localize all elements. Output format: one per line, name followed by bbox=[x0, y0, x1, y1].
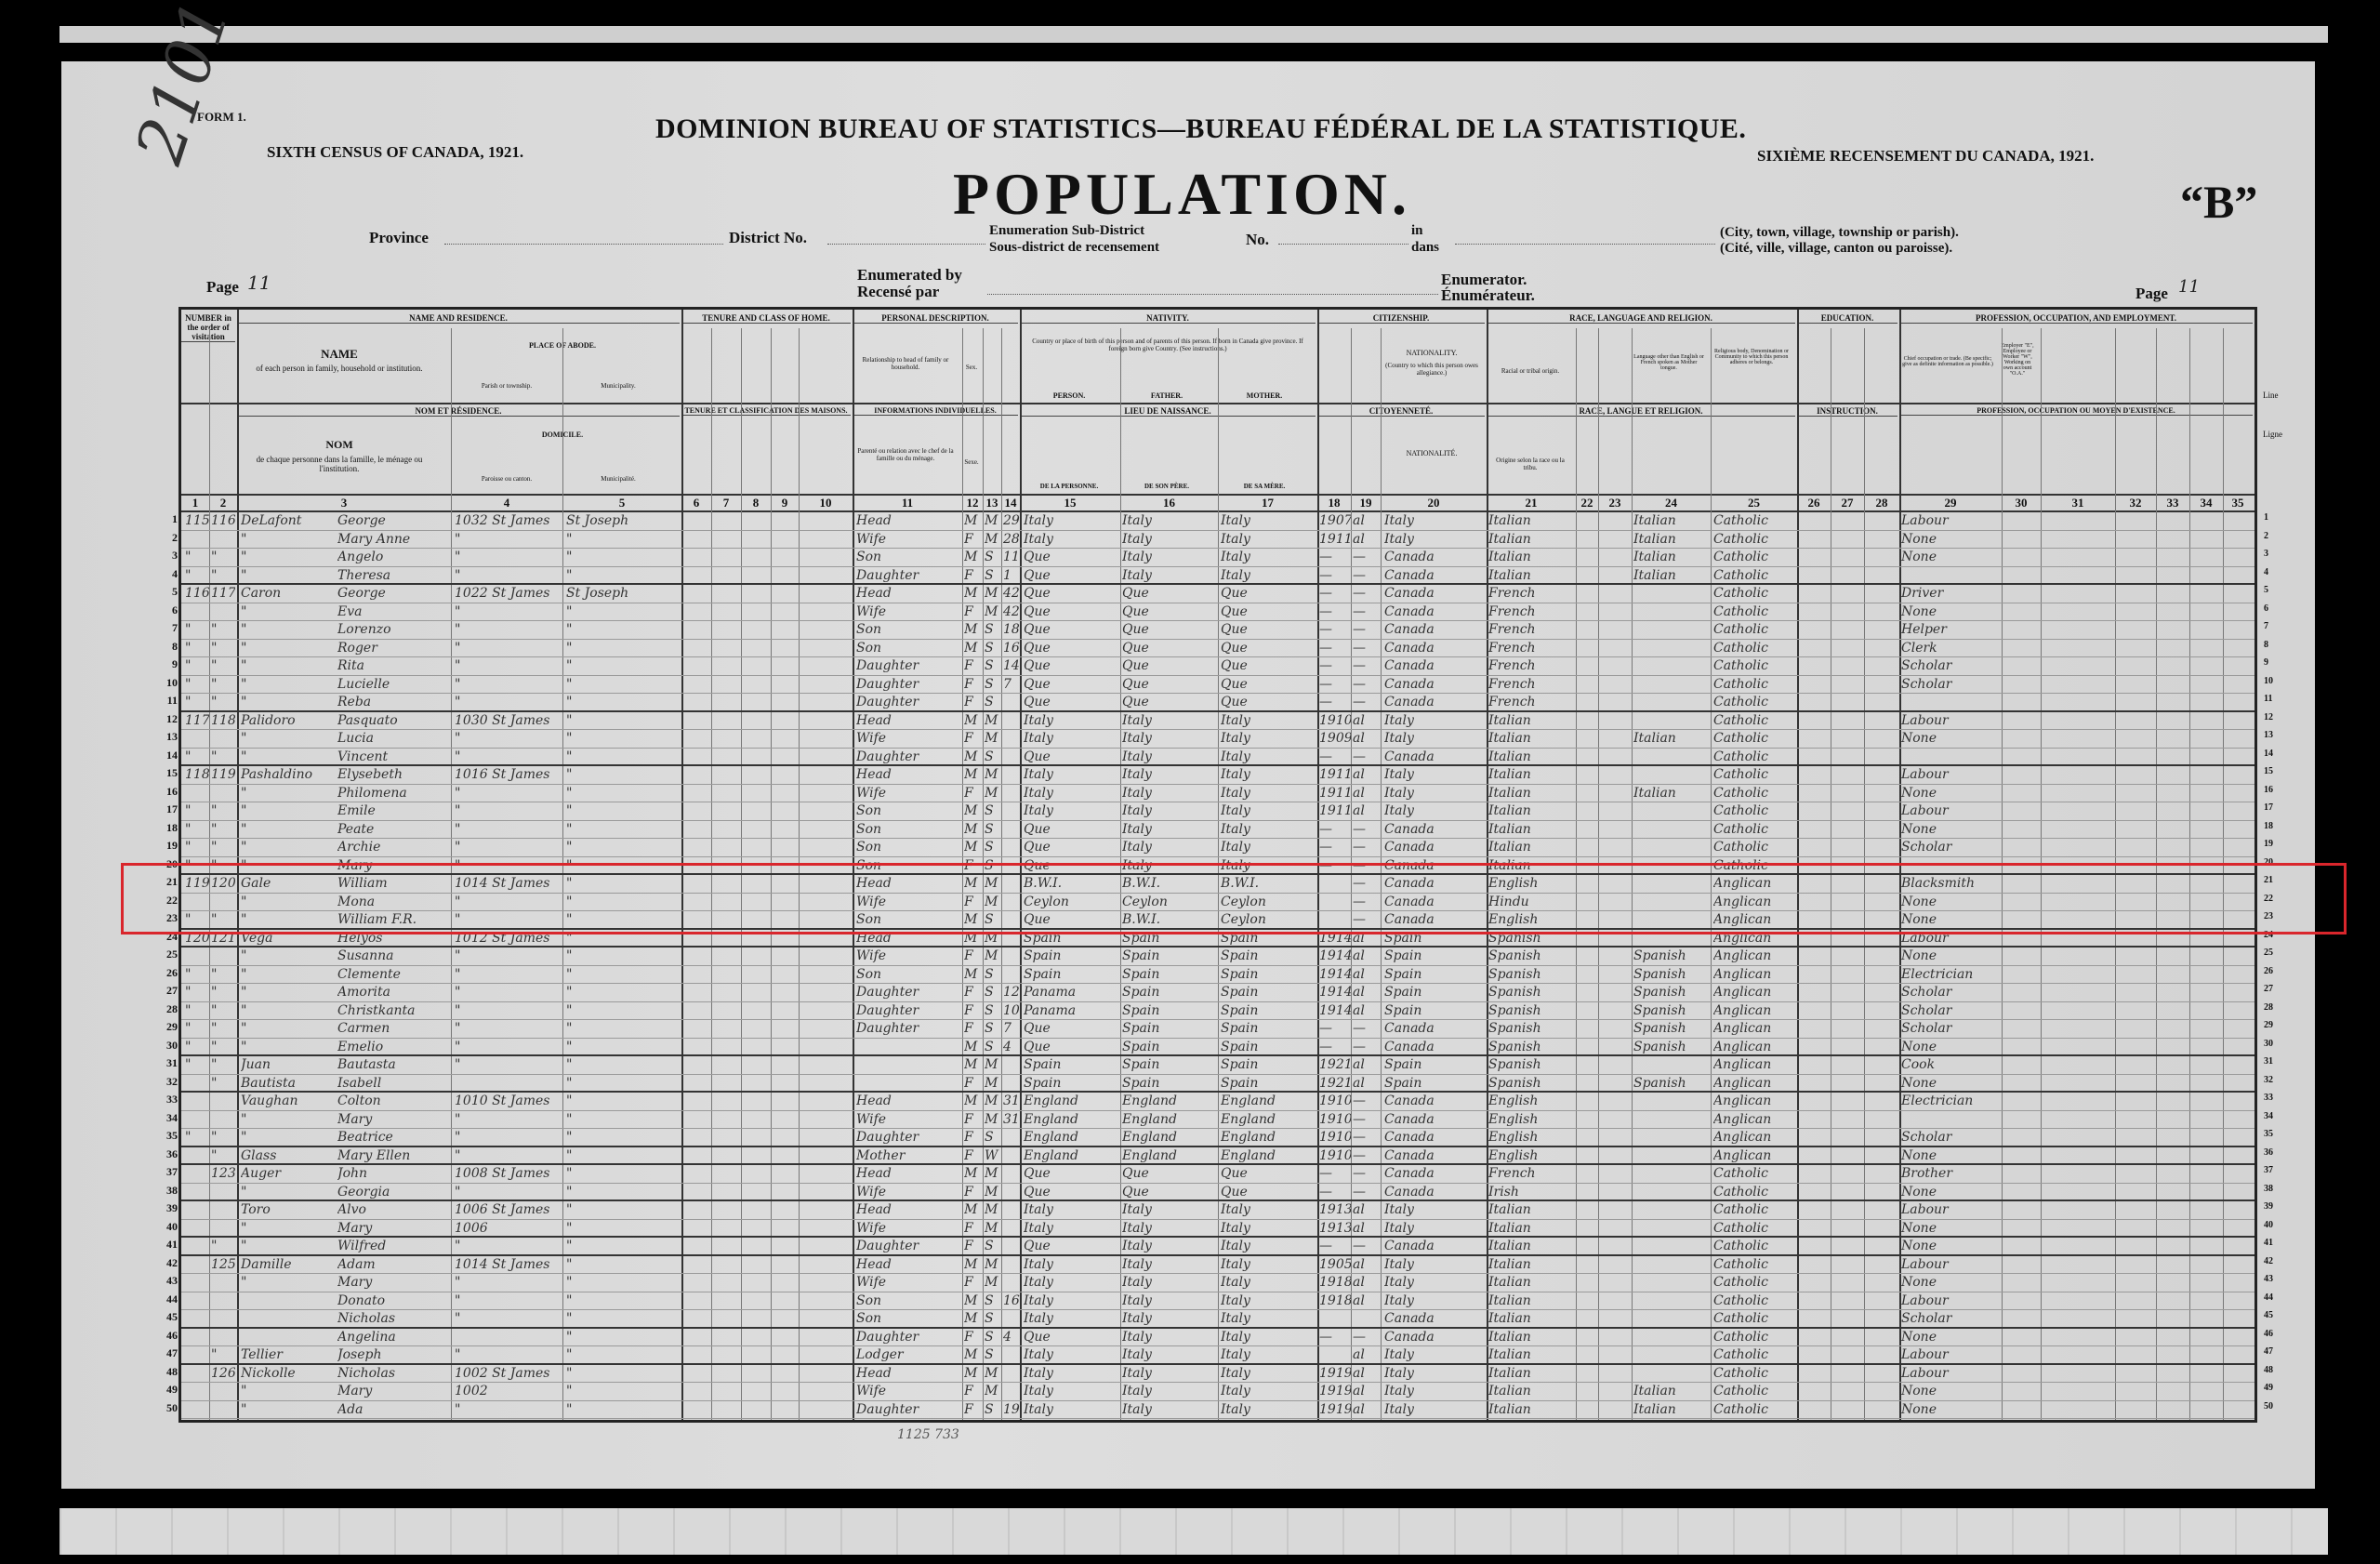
cell-nationality: Spain bbox=[1384, 1002, 1485, 1020]
cell-family: " bbox=[211, 621, 235, 639]
cell-birthplace: Que bbox=[1024, 1184, 1117, 1201]
cell-nationality: Italy bbox=[1384, 730, 1485, 748]
cell-age bbox=[1003, 1129, 1020, 1146]
cell-family: 123 bbox=[211, 1165, 235, 1183]
cell-municipality: " bbox=[566, 948, 678, 965]
cell-father-bp: Italy bbox=[1122, 1238, 1215, 1255]
cell-origin: Italian bbox=[1488, 1274, 1574, 1292]
cell-mother-bp: Spain bbox=[1221, 948, 1314, 965]
cell-naturalization: al bbox=[1353, 785, 1379, 802]
cell-mother-bp: Italy bbox=[1221, 1238, 1314, 1255]
group-education: EDUCATION. bbox=[1797, 313, 1897, 324]
cell-nationality: Italy bbox=[1384, 1274, 1485, 1292]
cell-tongue bbox=[1633, 1238, 1710, 1255]
cell-nationality: Canada bbox=[1384, 1165, 1485, 1183]
cell-marital: S bbox=[985, 1310, 1001, 1328]
cell-dwelling bbox=[185, 1220, 209, 1238]
cell-dwelling: " bbox=[185, 694, 209, 711]
cell-given: Reba bbox=[337, 694, 449, 711]
cell-marital: S bbox=[985, 676, 1001, 694]
cell-occupation: Scholar bbox=[1901, 657, 2000, 675]
cell-origin: Italian bbox=[1488, 730, 1574, 748]
cell-tongue bbox=[1633, 857, 1710, 875]
cell-birthplace: Que bbox=[1024, 549, 1117, 566]
cell-father-bp: Spain bbox=[1122, 1075, 1215, 1093]
cell-age bbox=[1003, 875, 1020, 893]
cell-mother-bp: Italy bbox=[1221, 802, 1314, 820]
cell-mother-bp: England bbox=[1221, 1093, 1314, 1110]
header-nationality-en: NATIONALITY. bbox=[1381, 349, 1483, 357]
cell-sex: M bbox=[964, 930, 983, 948]
cell-father-bp: Italy bbox=[1122, 1256, 1215, 1274]
cell-nationality: Canada bbox=[1384, 911, 1485, 929]
cell-origin: Italian bbox=[1488, 567, 1574, 585]
line-number: 42 bbox=[157, 1256, 178, 1270]
cell-surname: " bbox=[241, 894, 343, 911]
cell-address: 1002 bbox=[455, 1383, 562, 1400]
cell-sex: F bbox=[964, 603, 983, 621]
cell-father-bp: Italy bbox=[1122, 712, 1215, 730]
cell-mother-bp: Italy bbox=[1221, 1401, 1314, 1419]
cell-marital: M bbox=[985, 1383, 1001, 1400]
cell-birthplace: Spain bbox=[1024, 948, 1117, 965]
cell-religion: Catholic bbox=[1713, 531, 1795, 549]
cell-sex: M bbox=[964, 1365, 983, 1383]
cell-age: 14 bbox=[1003, 657, 1020, 675]
cell-municipality: " bbox=[566, 1020, 678, 1038]
cell-birthplace: Que bbox=[1024, 1039, 1117, 1056]
cell-marital: M bbox=[985, 585, 1001, 603]
dans-label: dans bbox=[1411, 240, 1439, 256]
cell-municipality: " bbox=[566, 785, 678, 802]
header-municipality-en: Municipality. bbox=[562, 382, 674, 390]
line-number-right: 29 bbox=[2264, 1020, 2284, 1030]
cell-sex: M bbox=[964, 821, 983, 839]
cell-mother-bp: B.W.I. bbox=[1221, 875, 1314, 893]
line-number-right: 41 bbox=[2264, 1238, 2284, 1248]
line-number-right: 14 bbox=[2264, 749, 2284, 759]
cell-address: 1012 St James bbox=[455, 930, 562, 948]
cell-tongue bbox=[1633, 1310, 1710, 1328]
cell-nationality: Italy bbox=[1384, 1201, 1485, 1219]
census-title-en: SIXTH CENSUS OF CANADA, 1921. bbox=[267, 143, 523, 162]
cell-municipality: " bbox=[566, 1292, 678, 1310]
cell-religion: Catholic bbox=[1713, 1401, 1795, 1419]
cell-address: " bbox=[455, 531, 562, 549]
line-number: 32 bbox=[157, 1075, 178, 1089]
cell-surname: " bbox=[241, 984, 343, 1001]
no-label: No. bbox=[1246, 231, 1269, 249]
cell-age bbox=[1003, 911, 1020, 929]
cell-surname: " bbox=[241, 839, 343, 856]
cell-marital: M bbox=[985, 766, 1001, 784]
line-number: 2 bbox=[157, 531, 178, 545]
cell-birthplace: Que bbox=[1024, 676, 1117, 694]
table-row: 2727"""Amorita""DaughterFS12PanamaSpainS… bbox=[181, 984, 2254, 1002]
column-number: 8 bbox=[741, 496, 771, 510]
line-number-right: 19 bbox=[2264, 839, 2284, 849]
cell-address: " bbox=[455, 676, 562, 694]
cell-immigration: — bbox=[1319, 1329, 1351, 1346]
cell-father-bp: Que bbox=[1122, 603, 1215, 621]
cell-age: 42 bbox=[1003, 603, 1020, 621]
cell-father-bp: Spain bbox=[1122, 966, 1215, 984]
cell-naturalization: — bbox=[1353, 1329, 1379, 1346]
cell-relationship: Daughter bbox=[856, 749, 959, 766]
cell-immigration: — bbox=[1319, 603, 1351, 621]
cell-relationship: Wife bbox=[856, 730, 959, 748]
cell-father-bp: Spain bbox=[1122, 1002, 1215, 1020]
header-sex-fr: Sexe. bbox=[962, 458, 981, 466]
header-name-desc-fr: de chaque personne dans la famille, le m… bbox=[237, 455, 442, 473]
cell-municipality: " bbox=[566, 1111, 678, 1129]
cell-marital: M bbox=[985, 1056, 1001, 1074]
cell-family bbox=[211, 1111, 235, 1129]
cell-tongue bbox=[1633, 585, 1710, 603]
cell-nationality: Canada bbox=[1384, 875, 1485, 893]
cell-origin: Irish bbox=[1488, 1184, 1574, 1201]
group-name-residence: NAME AND RESIDENCE. bbox=[237, 313, 680, 324]
column-number: 28 bbox=[1864, 496, 1899, 510]
cell-age bbox=[1003, 785, 1020, 802]
cell-surname: DeLafont bbox=[241, 512, 343, 530]
cell-family bbox=[211, 948, 235, 965]
cell-nationality: Canada bbox=[1384, 549, 1485, 566]
cell-occupation bbox=[1901, 567, 2000, 585]
cell-tongue bbox=[1633, 621, 1710, 639]
cell-age bbox=[1003, 1056, 1020, 1074]
cell-father-bp: Spain bbox=[1122, 984, 1215, 1001]
line-number-right: 43 bbox=[2264, 1274, 2284, 1284]
cell-religion: Anglican bbox=[1713, 1020, 1795, 1038]
line-number-right: 16 bbox=[2264, 785, 2284, 795]
page-label-left: Page bbox=[206, 278, 239, 297]
cell-relationship: Daughter bbox=[856, 676, 959, 694]
cell-religion: Catholic bbox=[1713, 1346, 1795, 1364]
header-name-fr: NOM bbox=[237, 438, 442, 452]
cell-occupation: None bbox=[1901, 911, 2000, 929]
cell-dwelling: " bbox=[185, 802, 209, 820]
table-row: 1414"""Vincent""DaughterMSQueItalyItaly—… bbox=[181, 749, 2254, 767]
cell-dwelling bbox=[185, 1310, 209, 1328]
cell-surname: " bbox=[241, 1274, 343, 1292]
cell-tongue bbox=[1633, 894, 1710, 911]
line-number-right: 9 bbox=[2264, 657, 2284, 668]
cell-mother-bp: Italy bbox=[1221, 712, 1314, 730]
cell-religion: Catholic bbox=[1713, 676, 1795, 694]
header-religion: Religious body, Denomination or Communit… bbox=[1711, 349, 1792, 365]
cell-nationality: Canada bbox=[1384, 894, 1485, 911]
cell-birthplace: Que bbox=[1024, 1020, 1117, 1038]
column-number: 3 bbox=[237, 496, 451, 510]
cell-marital: S bbox=[985, 657, 1001, 675]
cell-sex: M bbox=[964, 1201, 983, 1219]
cell-relationship: Daughter bbox=[856, 1329, 959, 1346]
line-number-right: 8 bbox=[2264, 640, 2284, 650]
line-number: 11 bbox=[157, 694, 178, 708]
scan-top-edge bbox=[59, 26, 2328, 43]
cell-dwelling bbox=[185, 1075, 209, 1093]
cell-naturalization: al bbox=[1353, 1274, 1379, 1292]
cell-tongue bbox=[1633, 1147, 1710, 1165]
cell-father-bp: Spain bbox=[1122, 1039, 1215, 1056]
cell-given: Nicholas bbox=[337, 1365, 449, 1383]
cell-naturalization: al bbox=[1353, 984, 1379, 1001]
cell-surname: Vega bbox=[241, 930, 343, 948]
cell-dwelling: " bbox=[185, 1020, 209, 1038]
cell-relationship: Head bbox=[856, 875, 959, 893]
cell-religion: Anglican bbox=[1713, 930, 1795, 948]
cell-birthplace: Que bbox=[1024, 911, 1117, 929]
cell-origin: Spanish bbox=[1488, 966, 1574, 984]
cell-address: " bbox=[455, 657, 562, 675]
cell-relationship: Son bbox=[856, 640, 959, 657]
cell-mother-bp: Que bbox=[1221, 621, 1314, 639]
cell-immigration: 1918 bbox=[1319, 1292, 1351, 1310]
column-number: 34 bbox=[2189, 496, 2223, 510]
group-profession: PROFESSION, OCCUPATION, AND EMPLOYMENT. bbox=[1899, 313, 2253, 324]
cell-father-bp: Italy bbox=[1122, 1346, 1215, 1364]
cell-relationship: Head bbox=[856, 712, 959, 730]
cell-family bbox=[211, 603, 235, 621]
header-origin-fr: Origine selon la race ou la tribu. bbox=[1488, 457, 1572, 471]
cell-religion: Anglican bbox=[1713, 966, 1795, 984]
cell-naturalization: al bbox=[1353, 1365, 1379, 1383]
cell-sex: M bbox=[964, 512, 983, 530]
cell-immigration bbox=[1319, 875, 1351, 893]
cell-relationship: Daughter bbox=[856, 984, 959, 1001]
cell-father-bp: Italy bbox=[1122, 531, 1215, 549]
cell-religion: Catholic bbox=[1713, 603, 1795, 621]
cell-dwelling: " bbox=[185, 640, 209, 657]
cell-municipality: " bbox=[566, 1093, 678, 1110]
scan-right-edge bbox=[2315, 56, 2330, 1492]
cell-family bbox=[211, 1401, 235, 1419]
cell-tongue bbox=[1633, 603, 1710, 621]
table-row: 2121119120GaleWilliam1014 St James"HeadM… bbox=[181, 875, 2254, 894]
table-row: 2424120121VegaHelyos1012 St James"HeadMM… bbox=[181, 930, 2254, 948]
cell-dwelling: " bbox=[185, 1039, 209, 1056]
cell-surname: " bbox=[241, 621, 343, 639]
cell-naturalization: al bbox=[1353, 1346, 1379, 1364]
cell-address: " bbox=[455, 984, 562, 1001]
cell-occupation bbox=[1901, 749, 2000, 766]
cell-immigration: 1914 bbox=[1319, 930, 1351, 948]
cell-surname: " bbox=[241, 1002, 343, 1020]
cell-origin: French bbox=[1488, 694, 1574, 711]
cell-address: " bbox=[455, 857, 562, 875]
cell-given: Donato bbox=[337, 1292, 449, 1310]
cell-naturalization: — bbox=[1353, 1093, 1379, 1110]
cell-relationship: Daughter bbox=[856, 1238, 959, 1255]
cell-birthplace: Italy bbox=[1024, 1346, 1117, 1364]
cell-age bbox=[1003, 712, 1020, 730]
cell-immigration: 1910 bbox=[1319, 1093, 1351, 1110]
cell-nationality: Italy bbox=[1384, 512, 1485, 530]
cell-immigration: — bbox=[1319, 857, 1351, 875]
cell-father-bp: Italy bbox=[1122, 567, 1215, 585]
cell-nationality: Canada bbox=[1384, 1184, 1485, 1201]
cell-relationship: Wife bbox=[856, 531, 959, 549]
cell-origin: Italian bbox=[1488, 549, 1574, 566]
table-row: 4343"Mary""WifeFMItalyItalyItaly1918alIt… bbox=[181, 1274, 2254, 1292]
cell-address: " bbox=[455, 567, 562, 585]
cell-dwelling bbox=[185, 1365, 209, 1383]
cell-dwelling: " bbox=[185, 549, 209, 566]
cell-dwelling bbox=[185, 1147, 209, 1165]
cell-surname: Vaughan bbox=[241, 1093, 343, 1110]
cell-given: Philomena bbox=[337, 785, 449, 802]
cell-age bbox=[1003, 821, 1020, 839]
cell-family bbox=[211, 730, 235, 748]
line-number: 6 bbox=[157, 603, 178, 617]
cell-surname: Gale bbox=[241, 875, 343, 893]
line-number-right: 6 bbox=[2264, 603, 2284, 614]
cell-occupation: Blacksmith bbox=[1901, 875, 2000, 893]
cell-relationship: Head bbox=[856, 1201, 959, 1219]
cell-nationality: Canada bbox=[1384, 1039, 1485, 1056]
cell-relationship bbox=[856, 1075, 959, 1093]
cell-mother-bp: Italy bbox=[1221, 821, 1314, 839]
cell-father-bp: Italy bbox=[1122, 1274, 1215, 1292]
cell-age bbox=[1003, 857, 1020, 875]
cell-family: " bbox=[211, 567, 235, 585]
cell-mother-bp: England bbox=[1221, 1147, 1314, 1165]
cell-given: Lucia bbox=[337, 730, 449, 748]
cell-father-bp: England bbox=[1122, 1129, 1215, 1146]
no-field bbox=[1278, 244, 1408, 245]
cell-origin: Italian bbox=[1488, 1292, 1574, 1310]
cell-marital: S bbox=[985, 1039, 1001, 1056]
line-number-right: 36 bbox=[2264, 1147, 2284, 1158]
header-person: PERSON. bbox=[1023, 391, 1116, 400]
cell-occupation: None bbox=[1901, 1383, 2000, 1400]
cell-marital: S bbox=[985, 1401, 1001, 1419]
cell-immigration: 1919 bbox=[1319, 1365, 1351, 1383]
cell-immigration: 1921 bbox=[1319, 1075, 1351, 1093]
header-nativity-desc: Country or place of birth of this person… bbox=[1023, 338, 1313, 352]
cell-nationality: Italy bbox=[1384, 1365, 1485, 1383]
line-number: 25 bbox=[157, 948, 178, 961]
cell-naturalization: al bbox=[1353, 712, 1379, 730]
cell-immigration bbox=[1319, 894, 1351, 911]
cell-birthplace: Que bbox=[1024, 1329, 1117, 1346]
table-row: 4747"TellierJoseph""LodgerMSItalyItalyIt… bbox=[181, 1346, 2254, 1365]
cell-given: Amorita bbox=[337, 984, 449, 1001]
cell-father-bp: Spain bbox=[1122, 1020, 1215, 1038]
cell-address: " bbox=[455, 549, 562, 566]
cell-mother-bp: Spain bbox=[1221, 1020, 1314, 1038]
cell-address: 1014 St James bbox=[455, 1256, 562, 1274]
cell-religion: Anglican bbox=[1713, 1147, 1795, 1165]
cell-immigration bbox=[1319, 911, 1351, 929]
page-label-right: Page bbox=[2135, 285, 2168, 303]
cell-sex: F bbox=[964, 1383, 983, 1400]
cell-marital: M bbox=[985, 1184, 1001, 1201]
cell-surname: Palidoro bbox=[241, 712, 343, 730]
cell-sex: F bbox=[964, 894, 983, 911]
cell-address: " bbox=[455, 1346, 562, 1364]
cell-sex: M bbox=[964, 966, 983, 984]
cell-naturalization: — bbox=[1353, 585, 1379, 603]
group-nativity-fr: LIEU DE NAISSANCE. bbox=[1020, 406, 1316, 417]
cell-family: " bbox=[211, 1238, 235, 1255]
cell-dwelling bbox=[185, 1093, 209, 1110]
line-number-right: 1 bbox=[2264, 512, 2284, 523]
cell-address: 1006 bbox=[455, 1220, 562, 1238]
cell-mother-bp: Italy bbox=[1221, 512, 1314, 530]
cell-occupation bbox=[1901, 857, 2000, 875]
cell-municipality: St Joseph bbox=[566, 512, 678, 530]
cell-sex: M bbox=[964, 1056, 983, 1074]
cell-municipality: " bbox=[566, 657, 678, 675]
line-number-right: 49 bbox=[2264, 1383, 2284, 1393]
cell-origin: Italian bbox=[1488, 531, 1574, 549]
cell-mother-bp: Que bbox=[1221, 1184, 1314, 1201]
table-row: 2525"Susanna""WifeFMSpainSpainSpain1914a… bbox=[181, 948, 2254, 966]
cell-relationship: Son bbox=[856, 966, 959, 984]
cell-religion: Anglican bbox=[1713, 894, 1795, 911]
cell-tongue bbox=[1633, 1165, 1710, 1183]
cell-nationality: Canada bbox=[1384, 640, 1485, 657]
cell-birthplace: Italy bbox=[1024, 712, 1117, 730]
cell-birthplace: Que bbox=[1024, 1238, 1117, 1255]
cell-dwelling: " bbox=[185, 911, 209, 929]
cell-marital: S bbox=[985, 857, 1001, 875]
line-number-right: 42 bbox=[2264, 1256, 2284, 1266]
cell-municipality: " bbox=[566, 875, 678, 893]
cell-sex: M bbox=[964, 585, 983, 603]
cell-origin: Italian bbox=[1488, 766, 1574, 784]
cell-age bbox=[1003, 1238, 1020, 1255]
cell-origin: Spanish bbox=[1488, 948, 1574, 965]
cell-religion: Catholic bbox=[1713, 1329, 1795, 1346]
line-number: 36 bbox=[157, 1147, 178, 1161]
cell-given: Pasquato bbox=[337, 712, 449, 730]
schedule-letter: “B” bbox=[2180, 175, 2257, 229]
cell-marital: S bbox=[985, 802, 1001, 820]
cell-immigration: — bbox=[1319, 585, 1351, 603]
column-number: 13 bbox=[983, 496, 1001, 510]
cell-age bbox=[1003, 1274, 1020, 1292]
cell-nationality: Canada bbox=[1384, 1147, 1485, 1165]
cell-municipality: " bbox=[566, 694, 678, 711]
line-number: 5 bbox=[157, 585, 178, 599]
cell-marital: M bbox=[985, 948, 1001, 965]
cell-sex: F bbox=[964, 948, 983, 965]
cell-tongue: Italian bbox=[1633, 531, 1710, 549]
cell-address: 1030 St James bbox=[455, 712, 562, 730]
cell-age: 28 bbox=[1003, 531, 1020, 549]
cell-naturalization: — bbox=[1353, 549, 1379, 566]
cell-marital: S bbox=[985, 1002, 1001, 1020]
cell-mother-bp: Que bbox=[1221, 694, 1314, 711]
table-row: 3131""JuanBautasta""MMSpainSpainSpain192… bbox=[181, 1056, 2254, 1075]
cell-municipality: " bbox=[566, 894, 678, 911]
cell-relationship: Wife bbox=[856, 785, 959, 802]
cell-mother-bp: Que bbox=[1221, 657, 1314, 675]
cell-occupation: Scholar bbox=[1901, 984, 2000, 1001]
header-de-son-pere: DE SON PÈRE. bbox=[1120, 483, 1213, 490]
cell-religion: Catholic bbox=[1713, 785, 1795, 802]
cell-age bbox=[1003, 749, 1020, 766]
cell-tongue bbox=[1633, 1292, 1710, 1310]
cell-marital: M bbox=[985, 894, 1001, 911]
cell-relationship: Wife bbox=[856, 1274, 959, 1292]
cell-father-bp: England bbox=[1122, 1093, 1215, 1110]
cell-age: 10 bbox=[1003, 1002, 1020, 1020]
cell-given: Christkanta bbox=[337, 1002, 449, 1020]
